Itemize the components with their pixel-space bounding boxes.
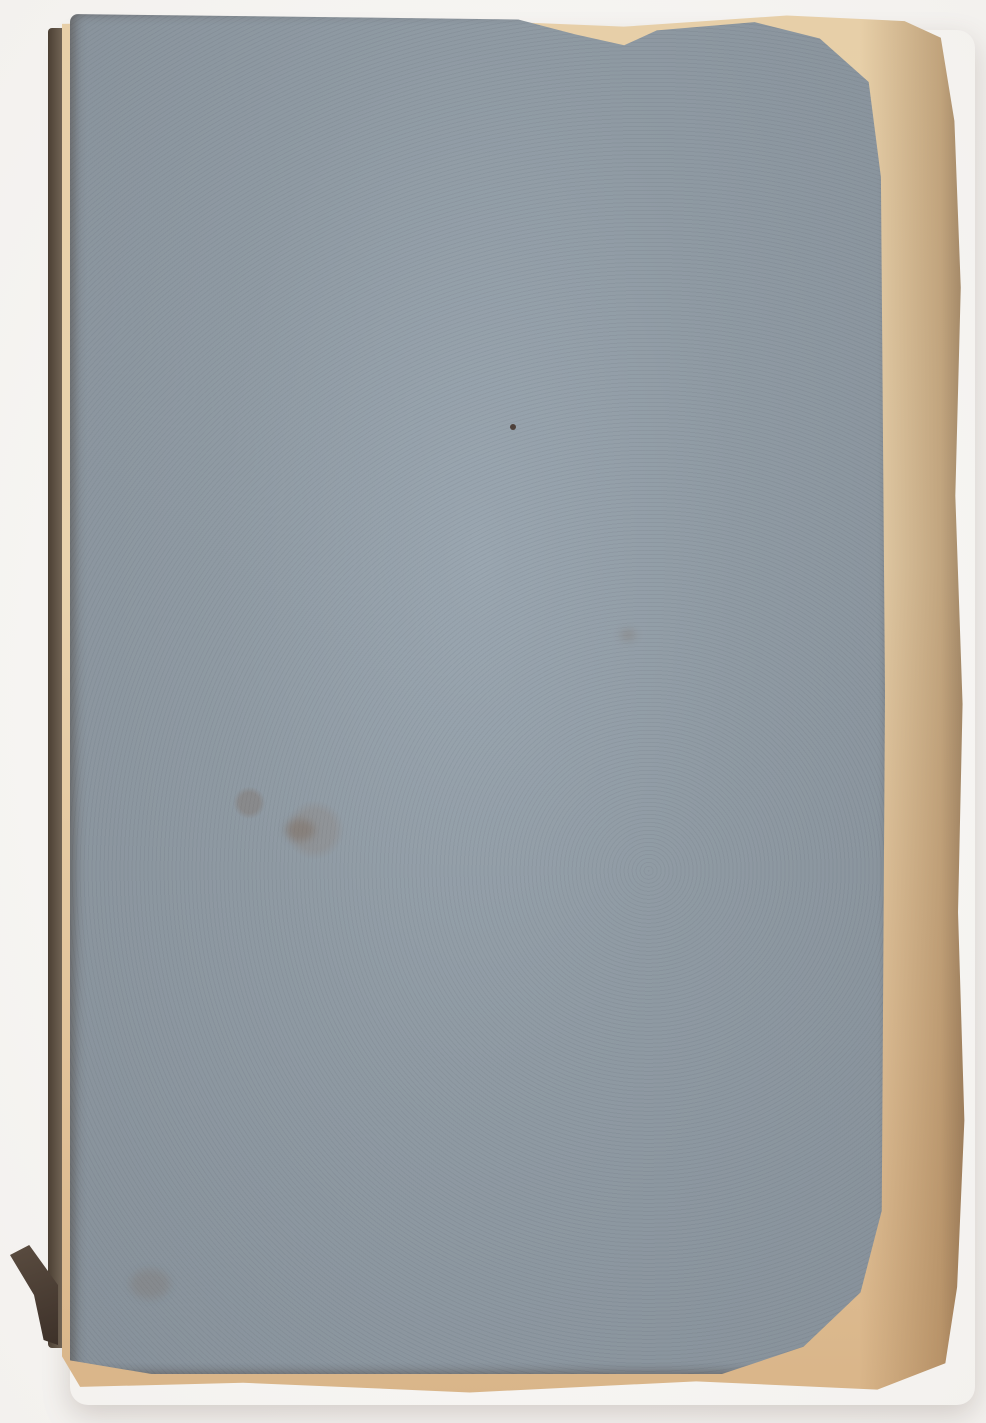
stain-mark xyxy=(285,819,315,841)
stain-mark xyxy=(620,629,636,641)
stain-mark xyxy=(130,1269,170,1299)
stain-mark xyxy=(510,424,516,430)
photo-scene xyxy=(0,0,986,1423)
paper-texture xyxy=(70,14,885,1374)
blue-paper-cover xyxy=(70,14,885,1374)
